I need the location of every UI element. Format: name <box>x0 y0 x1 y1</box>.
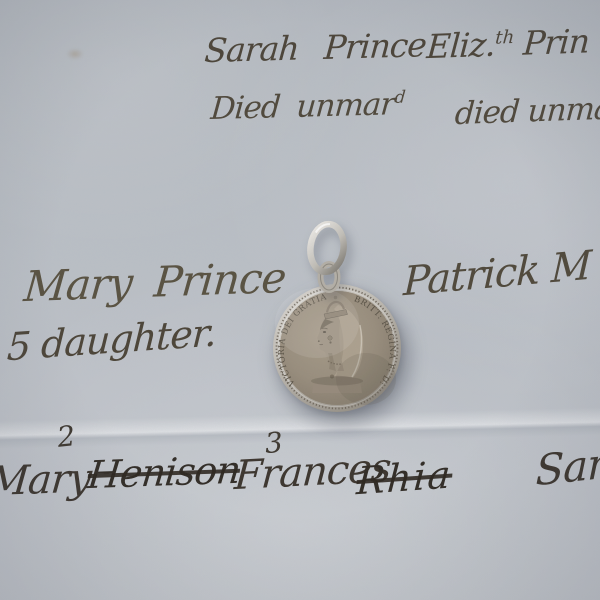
handwriting-number-2: 2 <box>56 422 76 452</box>
handwriting-died-unmarried-left: Died unmard <box>210 89 407 125</box>
handwriting-elizabeth-main: Eliz. <box>425 25 496 66</box>
coin-toning-shadow <box>336 353 396 405</box>
handwriting-mary-prince: Mary Prince <box>22 257 287 308</box>
charm-ring-assembly <box>292 214 366 298</box>
handwriting-bottom-sarah: Sarah <box>535 437 600 492</box>
handwriting-died-unmarried-right: died unmard <box>454 93 600 130</box>
handwriting-elizabeth-rest: Prin <box>512 21 590 63</box>
handwriting-struck-name-1: Henison <box>86 451 242 494</box>
handwriting-died-unmarried-left-text: Died unmar <box>209 86 395 127</box>
handwriting-elizabeth-sup: th <box>495 27 515 49</box>
handwriting-patrick: Patrick M <box>403 246 592 303</box>
handwriting-died-unmarried-right-text: died unmar <box>454 90 600 132</box>
handwriting-bottom-mary: Mary <box>0 458 92 502</box>
handwriting-sarah-prince: Sarah Prince <box>203 28 427 67</box>
coin-highlight <box>275 288 359 358</box>
coin: VICTORIA DEI GRATIA BRITT: REGINA F: D: <box>272 283 402 413</box>
handwriting-struck-name-2: Rhia <box>355 455 453 500</box>
handwriting-five-daughters: 5 daughter. <box>6 313 217 366</box>
handwriting-died-unmarried-left-sup: d <box>394 88 406 108</box>
paper-stain <box>66 48 84 60</box>
photo-coin-on-document: Sarah Prince Eliz.th Prin Died unmard di… <box>0 0 600 600</box>
paper-fold-crease <box>0 407 600 450</box>
handwriting-elizabeth-prince: Eliz.th Prin <box>426 24 591 63</box>
